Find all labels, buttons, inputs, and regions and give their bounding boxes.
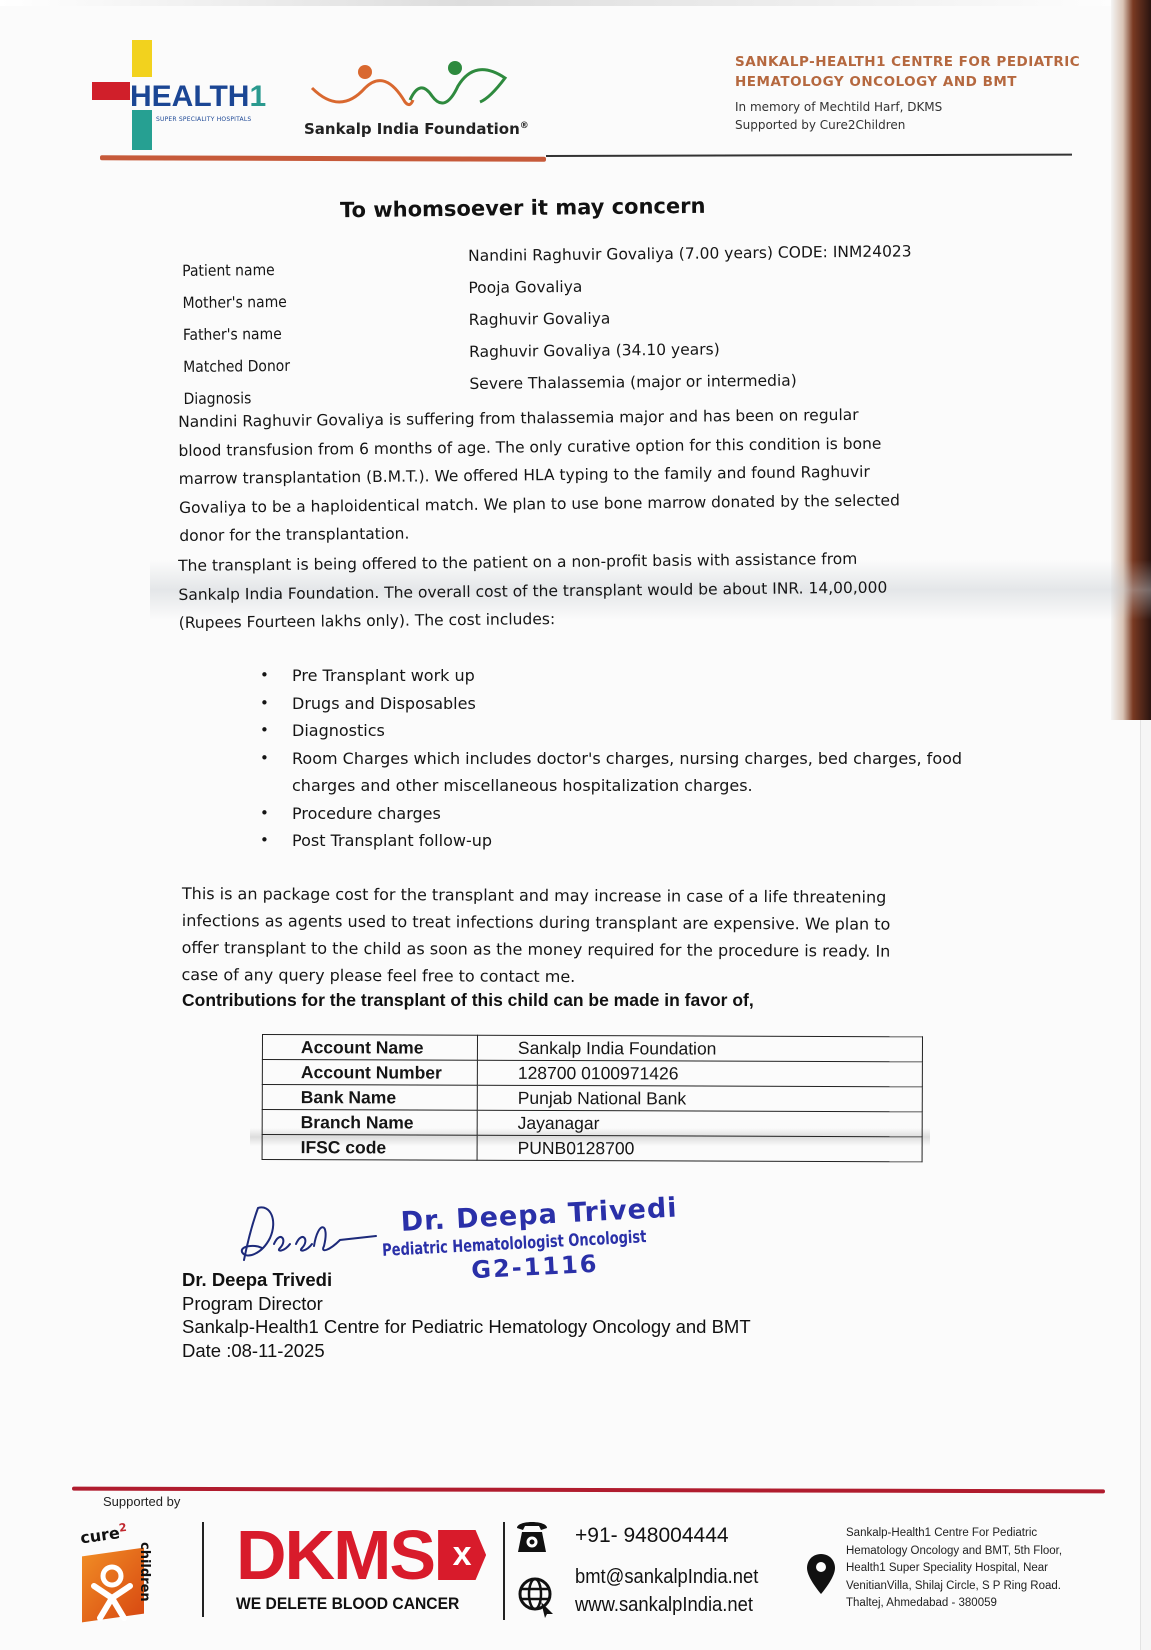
paragraph-line: infections as agents used to treat infec… (182, 907, 942, 938)
handwritten-signature (240, 1200, 380, 1266)
info-label: Mother's name (182, 293, 286, 312)
logo-cross-teal (132, 110, 152, 150)
c2c-num: 2 (118, 1521, 127, 1535)
info-value: Nandini Raghuvir Govaliya (7.00 years) C… (468, 242, 912, 265)
c2c-word1: cure (79, 1523, 121, 1547)
sankalp-people-icon (310, 58, 510, 118)
paper-top-edge (0, 0, 1151, 6)
signer-name: Dr. Deepa Trivedi (182, 1268, 751, 1292)
dkms-x-icon: x (438, 1530, 486, 1580)
info-value: Severe Thalassemia (major or intermedia) (469, 372, 797, 393)
footer-separator (503, 1522, 505, 1620)
dkms-tagline: WE DELETE BLOOD CANCER (236, 1594, 466, 1614)
patient-info: Patient name Nandini Raghuvir Govaliya (… (182, 242, 964, 410)
centre-header: SANKALP-HEALTH1 CENTRE FOR PEDIATRIC HEM… (735, 52, 1080, 134)
cost-includes-list: Pre Transplant work up Drugs and Disposa… (258, 662, 978, 855)
dkms-logo: DKMSx WE DELETE BLOOD CANCER (236, 1518, 486, 1614)
info-label: Diagnosis (183, 389, 251, 408)
signer-org: Sankalp-Health1 Centre for Pediatric Hem… (182, 1315, 751, 1339)
bank-value: PUNB0128700 (477, 1135, 922, 1162)
address-line: Thaltej, Ahmedabad - 380059 (846, 1595, 1062, 1613)
phone-number[interactable]: +91- 948004444 (575, 1524, 729, 1548)
registered-mark: ® (520, 121, 529, 131)
sankalp-name: Sankalp India Foundation (304, 120, 520, 138)
paragraph-line: This is an package cost for the transpla… (182, 880, 942, 911)
telephone-icon (515, 1518, 549, 1554)
list-item: Drugs and Disposables (258, 690, 978, 718)
table-row: Account Number 128700 0100971426 (262, 1060, 922, 1087)
contributions-heading: Contributions for the transplant of this… (182, 990, 754, 1011)
info-value: Pooja Govaliya (468, 278, 582, 297)
table-row: IFSC code PUNB0128700 (262, 1135, 922, 1162)
logo-cross-yellow (132, 40, 152, 77)
table-row: Branch Name Jayanagar (262, 1110, 922, 1137)
bank-value: Punjab National Bank (477, 1085, 922, 1112)
paragraph-cost: The transplant is being offered to the p… (178, 544, 969, 638)
footer-separator (202, 1522, 204, 1617)
list-item: Procedure charges (258, 800, 978, 828)
location-pin-icon (806, 1552, 836, 1596)
supported-by-label: Supported by (103, 1494, 180, 1509)
paragraph-medical-history: Nandini Raghuvir Govaliya is suffering f… (178, 400, 969, 551)
header-divider-orange (100, 155, 546, 162)
info-label: Father's name (183, 325, 282, 344)
list-item: Room Charges which includes doctor's cha… (258, 745, 978, 800)
health1-logo: HEALTH1 SUPER SPECIALITY HOSPITALS (92, 40, 272, 150)
memory-line: In memory of Mechtild Harf, DKMS (735, 98, 1080, 116)
table-row: Bank Name Punjab National Bank (262, 1085, 922, 1112)
dkms-word: DKMS (236, 1518, 434, 1592)
info-value: Raghuvir Govaliya (34.10 years) (469, 340, 720, 361)
logo-cross-red (92, 82, 130, 100)
signer-block: Dr. Deepa Trivedi Program Director Sanka… (182, 1268, 751, 1362)
centre-title-line2: HEMATOLOGY ONCOLOGY AND BMT (735, 72, 1080, 92)
footer-divider (72, 1487, 1105, 1494)
document-title: To whomsoever it may concern (340, 194, 706, 222)
cure2children-logo: cure2 children (78, 1522, 168, 1622)
sankalp-logo: Sankalp India Foundation® (300, 58, 530, 148)
bank-label: Branch Name (262, 1110, 477, 1136)
list-item: Pre Transplant work up (258, 662, 978, 690)
email-link[interactable]: bmt@sankalpIndia.net (575, 1566, 758, 1589)
address-line: Sankalp-Health1 Centre For Pediatric (846, 1525, 1062, 1543)
health1-numeral: 1 (249, 80, 266, 113)
bank-value: Jayanagar (477, 1110, 922, 1137)
globe-icon (517, 1574, 555, 1618)
paragraph-package-note: This is an package cost for the transpla… (181, 880, 942, 992)
support-line: Supported by Cure2Children (735, 116, 1080, 134)
paragraph-line: offer transplant to the child as soon as… (182, 934, 942, 965)
bank-label: IFSC code (262, 1135, 477, 1161)
bank-label: Bank Name (262, 1085, 477, 1111)
table-row: Account Name Sankalp India Foundation (262, 1035, 922, 1062)
list-item: Post Transplant follow-up (258, 827, 978, 855)
child-figure-icon (82, 1556, 144, 1622)
header-divider-black (546, 154, 1072, 157)
bank-value: Sankalp India Foundation (477, 1035, 922, 1062)
c2c-word2: children (137, 1542, 152, 1602)
bank-label: Account Number (262, 1060, 477, 1086)
centre-title-line1: SANKALP-HEALTH1 CENTRE FOR PEDIATRIC (735, 52, 1080, 72)
document-date: Date :08-11-2025 (182, 1339, 751, 1363)
info-label: Patient name (182, 261, 275, 280)
paper-right-edge (1140, 720, 1151, 1650)
address-line: Hematology Oncology and BMT, 5th Floor, (846, 1543, 1062, 1561)
bank-value: 128700 0100971426 (477, 1060, 922, 1087)
signer-title: Program Director (182, 1292, 751, 1316)
address-line: Health1 Super Speciality Hospital, Near (846, 1560, 1062, 1578)
website-link[interactable]: www.sankalpIndia.net (575, 1594, 753, 1617)
health1-tagline: SUPER SPECIALITY HOSPITALS (156, 116, 251, 123)
paragraph-line: case of any query please feel free to co… (181, 961, 941, 992)
address-line: VenitianVilla, Shilaj Circle, S P Ring R… (846, 1578, 1062, 1596)
bank-details-table: Account Name Sankalp India Foundation Ac… (262, 1034, 923, 1162)
address-block: Sankalp-Health1 Centre For Pediatric Hem… (846, 1525, 1062, 1613)
health1-brand: HEALTH (130, 80, 249, 113)
list-item: Diagnostics (258, 717, 978, 745)
bank-label: Account Name (262, 1035, 477, 1061)
stamp-name: Dr. Deepa Trivedi (400, 1192, 692, 1238)
info-label: Matched Donor (183, 357, 290, 376)
info-value: Raghuvir Govaliya (469, 310, 611, 329)
